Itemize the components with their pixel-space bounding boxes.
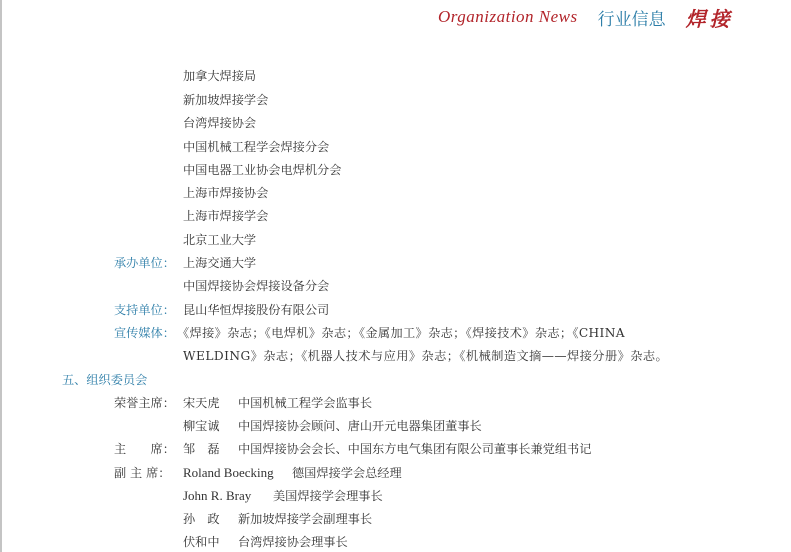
organizer-item: 台湾焊接协会 (183, 115, 256, 131)
organizer-item: 上海市焊接协会 (183, 185, 268, 201)
member-title: 台湾焊接协会理事长 (238, 534, 348, 550)
honorary-chairs-label: 荣誉主席： (114, 395, 175, 411)
organizer-item: 新加坡焊接学会 (183, 92, 268, 108)
media-line-2: WELDING》杂志；《机器人技术与应用》杂志；《机械制造文摘——焊接分册》杂志… (183, 348, 668, 364)
undertakers-label: 承办单位： (114, 255, 175, 271)
undertaker-item: 上海交通大学 (183, 255, 256, 271)
page-header: Organization News 行业信息 焊接 (438, 3, 734, 31)
chair-label: 主 席： (114, 441, 175, 457)
section-five-title: 五、组织委员会 (62, 372, 147, 388)
header-section-title: 行业信息 (598, 5, 666, 30)
supporter-item: 昆山华恒焊接股份有限公司 (183, 302, 329, 318)
undertaker-item: 中国焊接协会焊接设备分会 (183, 278, 329, 294)
supporters-label: 支持单位： (114, 302, 175, 318)
member-title: 新加坡焊接学会副理事长 (238, 511, 372, 527)
organizer-item: 中国机械工程学会焊接分会 (183, 139, 329, 155)
member-name: 邹 磊 (183, 441, 220, 457)
organizer-item: 上海市焊接学会 (183, 208, 268, 224)
member-name: Roland Boecking (183, 465, 274, 481)
member-name: 柳宝诚 (183, 418, 220, 434)
magazine-logo: 焊接 (686, 3, 734, 32)
member-title: 中国焊接协会顾问、唐山开元电器集团董事长 (238, 418, 482, 434)
header-english-title: Organization News (438, 7, 578, 27)
member-title: 美国焊接学会理事长 (273, 488, 383, 504)
member-title: 中国机械工程学会监事长 (238, 395, 372, 411)
vice-chairs-label: 副 主 席： (114, 465, 171, 481)
member-title: 德国焊接学会总经理 (292, 465, 402, 481)
member-title: 中国焊接协会会长、中国东方电气集团有限公司董事长兼党组书记 (238, 441, 591, 457)
member-name: 伏和中 (183, 534, 220, 550)
organizer-item: 加拿大焊接局 (183, 68, 256, 84)
member-name: 孙 政 (183, 511, 220, 527)
organizer-item: 北京工业大学 (183, 232, 256, 248)
media-label: 宣传媒体： (114, 325, 175, 341)
member-name: 宋天虎 (183, 395, 220, 411)
media-line-1: 《焊接》杂志；《电焊机》杂志；《金属加工》杂志；《焊接技术》杂志；《CHINA (177, 325, 625, 341)
page-left-rule (0, 0, 2, 552)
organizer-item: 中国电器工业协会电焊机分会 (183, 162, 341, 178)
member-name: John R. Bray (183, 488, 251, 504)
